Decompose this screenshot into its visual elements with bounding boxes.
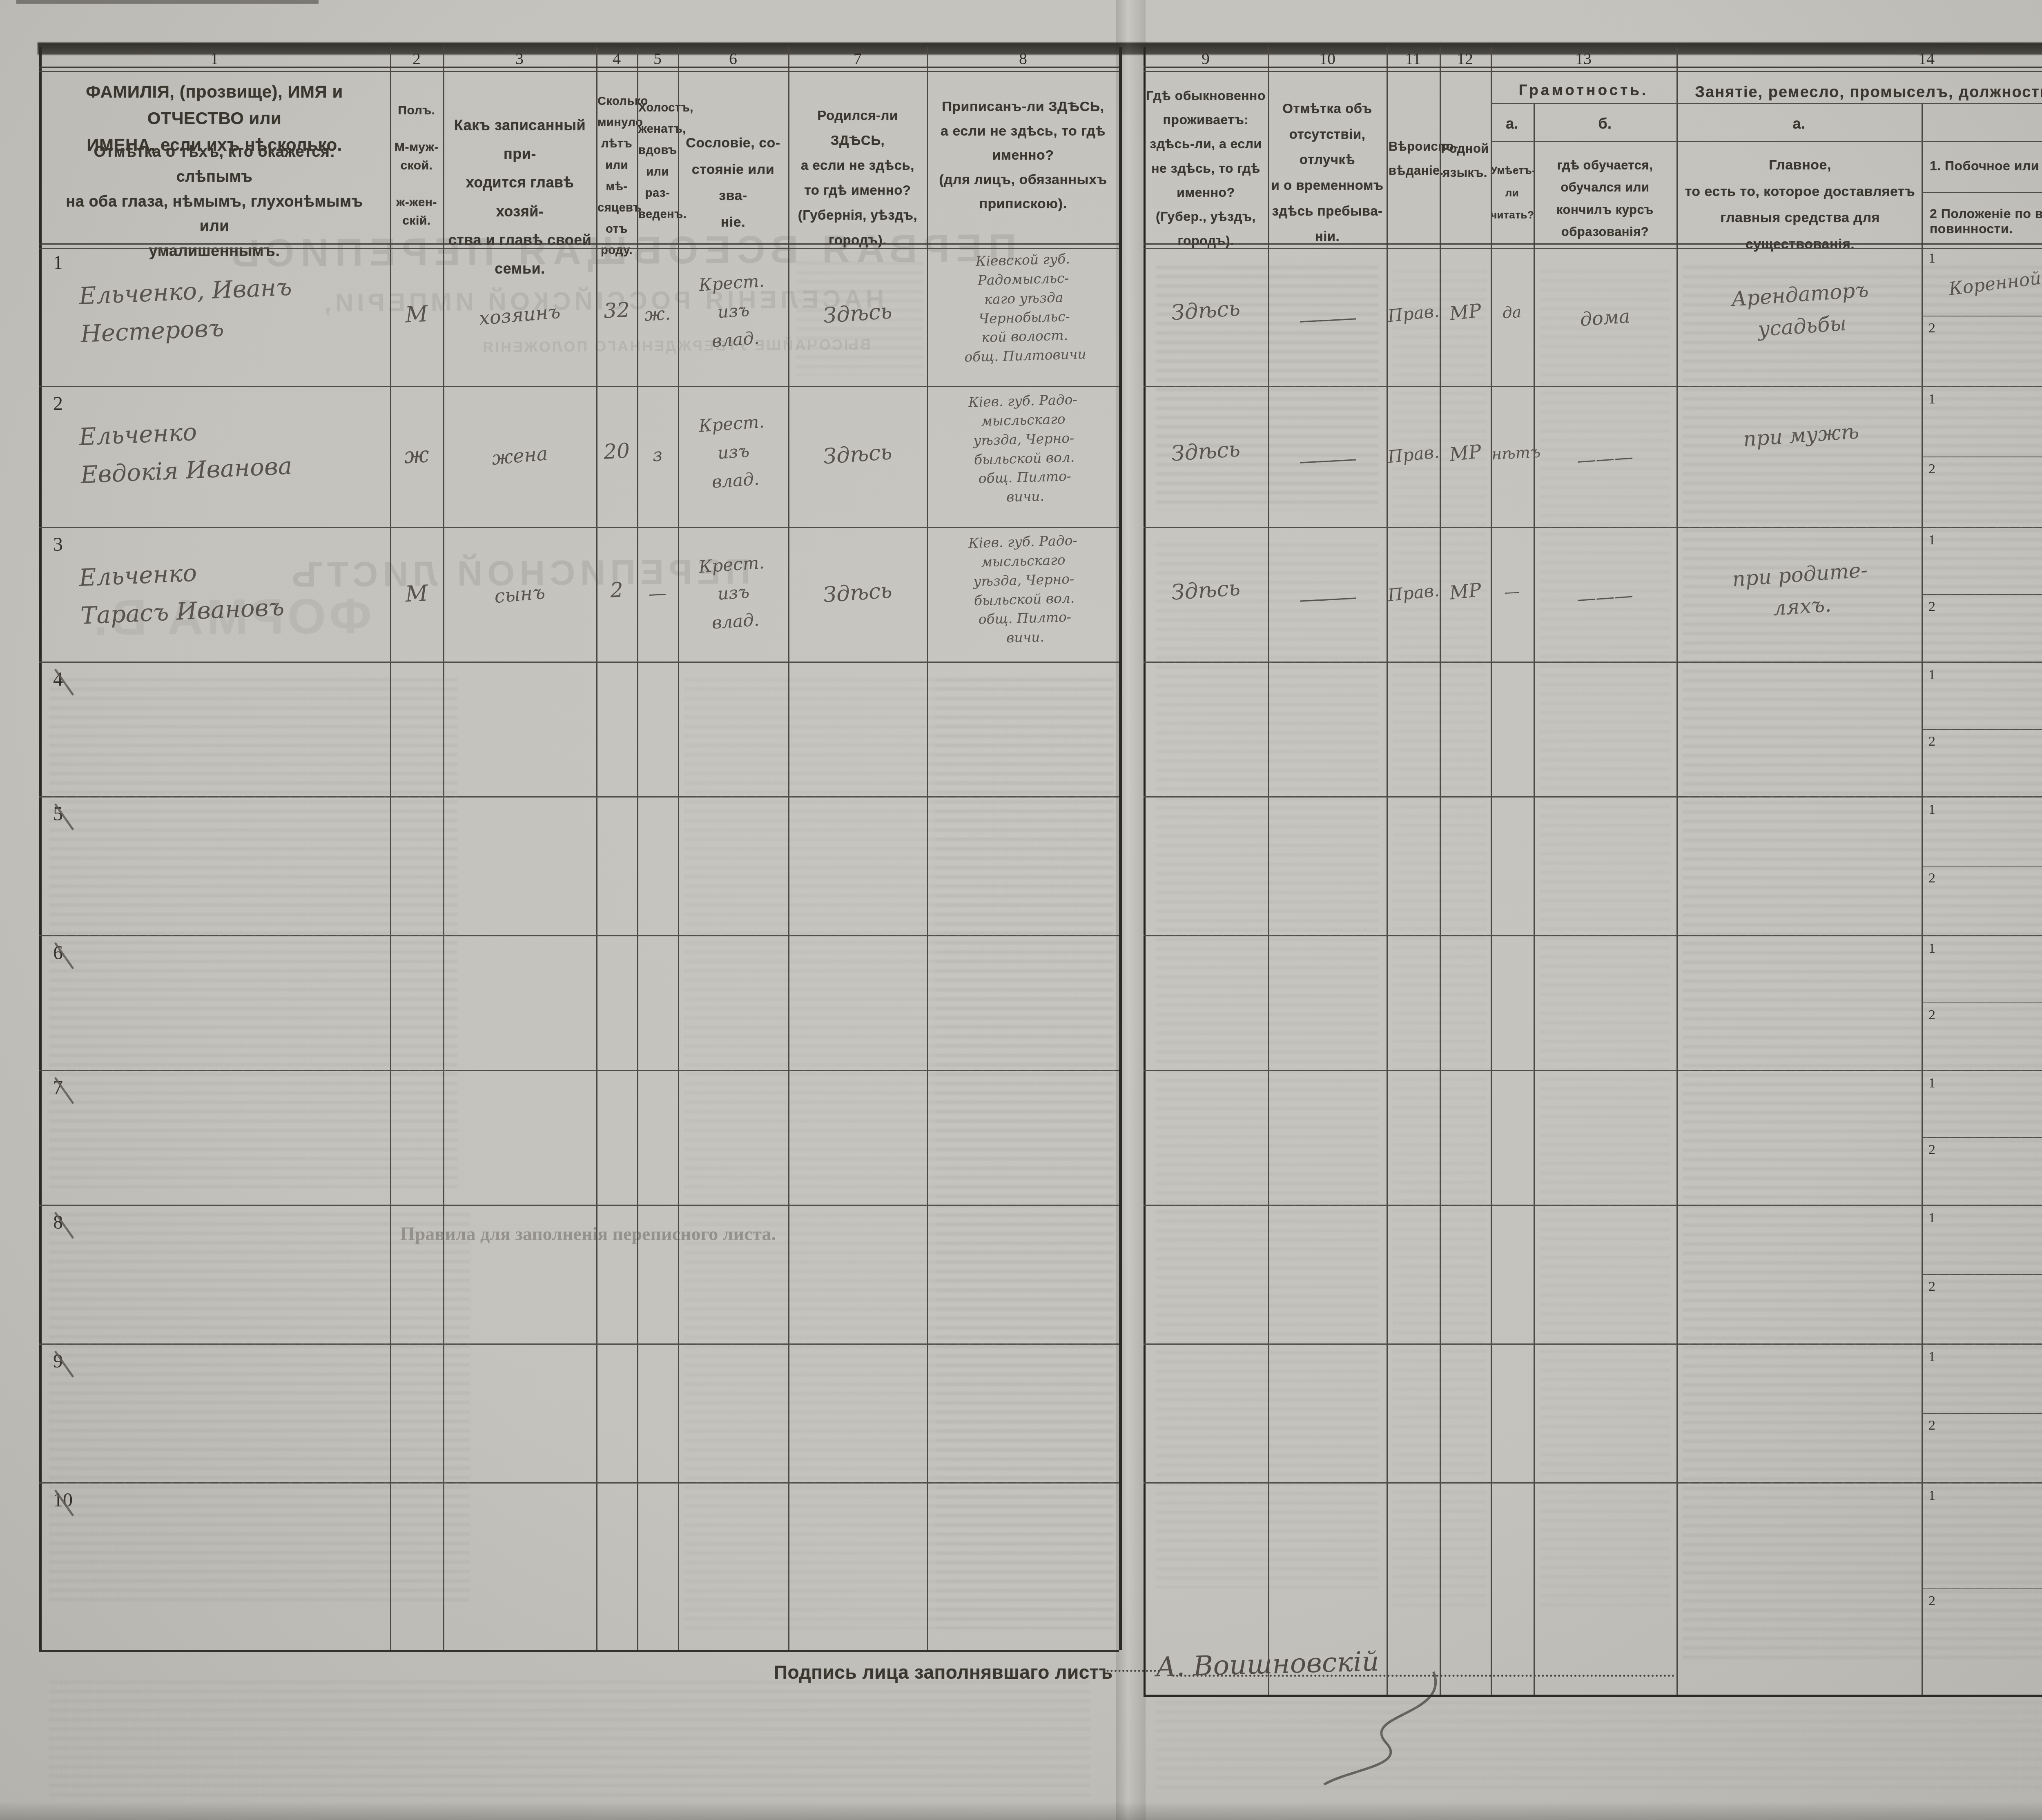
column-number: 5: [633, 49, 682, 68]
rule-line-vertical: [1676, 47, 1678, 1695]
cell-name: Ельченко Евдокія Иванова: [78, 404, 399, 494]
header-col5-marital: Холостъ, женатъ, вдовъ или раз- веденъ.: [638, 97, 677, 225]
column-number: 8: [999, 49, 1048, 68]
cell-relation: жена: [444, 436, 595, 476]
bleedthrough-text-block: [49, 1213, 470, 1605]
cell-marital: з: [637, 441, 678, 470]
bleedthrough-text-block: [1156, 543, 1378, 1588]
header-col4-age: Сколько минуло лѣтъ или мѣ- сяцевъ отъ р…: [597, 91, 636, 261]
cell-age: 32: [596, 295, 637, 326]
column-number: 6: [709, 49, 758, 68]
cell-sex: М: [390, 577, 443, 611]
header-col14a-main: Главное, то есть то, которое доставляетъ…: [1681, 152, 1919, 257]
rule-line-vertical: [1534, 103, 1535, 1695]
cell-estate: Крест. изъ влад.: [677, 547, 790, 639]
cell-sex: ж: [390, 438, 443, 473]
header-col13b-education: гдѣ обучается, обучался или кончилъ курс…: [1536, 154, 1674, 243]
rule-line-vertical: [596, 47, 597, 1650]
row-number: 3: [48, 533, 90, 556]
cell-literacy-read: —: [1491, 579, 1533, 604]
header-col13a-label: а.: [1491, 115, 1534, 132]
signature-label: Подпись лица заполнявшаго листъ: [774, 1661, 1109, 1683]
column-number: 13: [1559, 49, 1608, 68]
header-col13b-label: б.: [1534, 115, 1676, 132]
column-number: 10: [1303, 49, 1352, 68]
cell-age: 20: [596, 436, 637, 467]
header-col7-birthplace: Родился-ли ЗДѢСЬ, а если не здѣсь, то гд…: [789, 103, 926, 252]
header-col2-sex: Полъ. М-муж- ской. ж-жен- скій.: [391, 101, 442, 230]
cell-sex: М: [390, 297, 443, 332]
rule-line-bottom: [1144, 1695, 2042, 1697]
scan-edge-top-sliver: [16, 0, 319, 4]
rule-line-header: [1491, 103, 2042, 104]
column-number: 1: [190, 49, 239, 68]
scan-edge-bottom: [0, 1802, 2042, 1820]
cell-literacy-read: да: [1491, 300, 1533, 325]
rule-line-vertical: [1387, 47, 1388, 1695]
bleedthrough-text-block: [49, 678, 457, 1188]
rule-line-vertical: [1491, 47, 1492, 1695]
cell-registration: Кіев. губ. Радо- мысльскаго уѣзда, Черно…: [930, 389, 1118, 509]
header-col10-absence: Отмѣтка объ отсутствіи, отлучкѣ и о врем…: [1270, 96, 1384, 249]
row-number: 2: [48, 392, 90, 415]
bleedthrough-text-block: [1393, 270, 1487, 1609]
cell-name: Ельченко Тарасъ Ивановъ: [78, 545, 399, 635]
cell-age: 2: [596, 574, 637, 606]
signature-leader-dots: [1103, 1669, 1160, 1672]
cell-birthplace: Здѣсь: [789, 573, 927, 614]
subrow-label-1: 1: [1928, 251, 1949, 266]
rule-line-vertical: [1119, 47, 1122, 1650]
rule-line-bottom: [39, 1650, 1119, 1652]
cell-name: Ельченко, Иванъ Нестеровъ: [78, 263, 399, 353]
cell-estate: Крест. изъ влад.: [677, 265, 790, 357]
cell-marital: —: [637, 580, 678, 608]
column-number: 14: [1902, 49, 1951, 68]
header-col14b-label: б.: [1922, 115, 2042, 132]
header-col12-language: Родной языкъ.: [1441, 137, 1489, 185]
bleedthrough-text-block: [935, 678, 1115, 1629]
rule-line-header-bottom: [1144, 243, 2042, 249]
column-number: 7: [833, 49, 882, 68]
header-col13-literacy-title: Грамотность.: [1491, 82, 1676, 99]
header-col6-estate: Сословіе, со- стояніе или зва- ніе.: [680, 130, 786, 235]
bleedthrough-text-block: [796, 261, 923, 376]
header-col11-religion: Вѣроиспо- вѣданіе.: [1389, 135, 1438, 183]
rule-line-row: [39, 386, 1119, 387]
rule-line-vertical: [39, 47, 42, 1650]
bleedthrough-text-block: [1540, 270, 1670, 1609]
column-number: 9: [1181, 49, 1230, 68]
header-col3-relation: Какъ записанный при- ходится главѣ хозяй…: [446, 111, 594, 283]
cell-birthplace: Здѣсь: [789, 435, 927, 475]
cell-registration: Кіевской губ. Радомысльс- каго уѣзда Чер…: [930, 248, 1118, 368]
bleedthrough-text-block: [49, 1680, 1090, 1799]
rule-line-header-bottom: [39, 243, 1119, 249]
column-number: 12: [1440, 49, 1489, 68]
header-col14b-side: 1. Побочное или вспомогательное.: [1930, 158, 2042, 174]
bleedthrough-text-block: [1683, 265, 2042, 1662]
rule-line-header: [1491, 141, 2042, 142]
cell-registration: Кіев. губ. Радо- мысльскаго уѣзда, Черно…: [930, 530, 1118, 650]
column-number: 2: [392, 49, 441, 68]
scan-paper: ПЕРВАЯ ВСЕОБЩАЯ ПЕРЕПИСЬ НАСЕЛЕНІЯ РОССІ…: [0, 0, 2042, 1820]
rule-line-vertical: [1144, 47, 1146, 1695]
bleedthrough-text-block: [1156, 1701, 2042, 1795]
rule-line-header: [1922, 192, 2042, 193]
header-col14b-military: 2 Положеніе по воинской повинности.: [1930, 206, 2042, 236]
column-number: 11: [1389, 49, 1438, 68]
rule-line-vertical: [637, 47, 638, 1650]
row-number: 1: [48, 252, 90, 274]
header-col9-residence: Гдѣ обыкновенно проживаетъ: здѣсь-ли, а …: [1146, 84, 1266, 253]
column-number: 3: [495, 49, 544, 68]
cell-estate: Крест. изъ влад.: [677, 406, 790, 498]
cell-literacy-read: нѣтъ: [1491, 441, 1533, 466]
rule-line-row: [39, 662, 1119, 663]
rule-line-row: [39, 527, 1119, 528]
bleedthrough-text-block: [1156, 265, 1378, 510]
cell-marital: ж.: [637, 301, 678, 329]
header-col14-occupation-title: Занятіе, ремесло, промыселъ, должность и…: [1679, 84, 2042, 101]
header-col13a-read: Умѣетъ- ли читать?: [1491, 159, 1534, 226]
header-col8-registration: Приписанъ-ли ЗДѢСЬ, а если не здѣсь, то …: [928, 95, 1118, 216]
header-col14a-label: а.: [1676, 115, 1922, 132]
